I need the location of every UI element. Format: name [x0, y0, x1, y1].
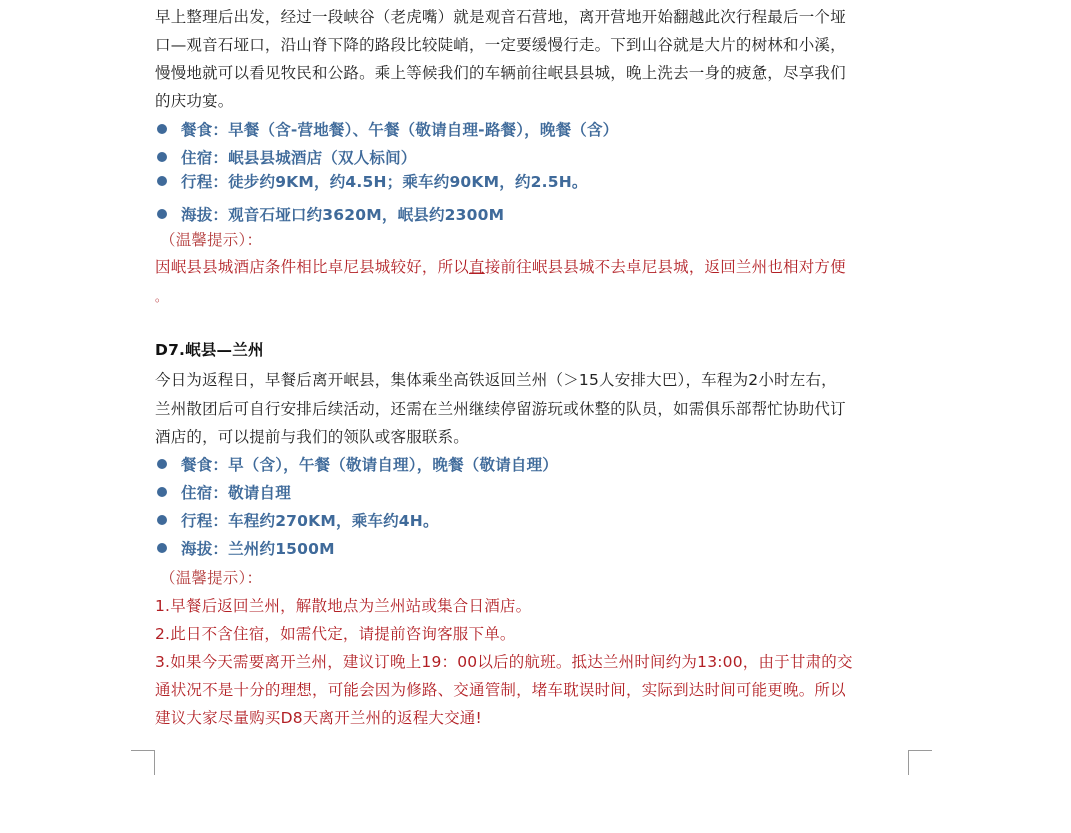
tip-text-part: 因岷县县城酒店条件相比卓尼县城较好，所以	[155, 258, 469, 276]
document-page: 早上整理后出发，经过一段峡谷（老虎嘴）就是观音石营地，离开营地开始翻越此次行程最…	[0, 0, 1071, 833]
day6-bullet-itinerary: 行程：徒步约9KM，约4.5H；乘车约90KM，约2.5H。	[157, 172, 917, 192]
bullet-text: 海拔：观音石垭口约3620M，岷县约2300M	[181, 206, 504, 224]
day6-paragraph-line: 早上整理后出发，经过一段峡谷（老虎嘴）就是观音石营地，离开营地开始翻越此次行程最…	[155, 7, 915, 27]
bullet-text: 行程：车程约270KM，乘车约4H。	[181, 512, 439, 530]
day6-tip-header: （温馨提示）：	[160, 230, 920, 250]
bullet-dot-icon	[157, 543, 167, 553]
day7-title: D7.岷县—兰州	[155, 340, 915, 360]
bullet-text: 餐食：早（含），午餐（敬请自理），晚餐（敬请自理）	[181, 456, 558, 474]
bullet-dot-icon	[157, 459, 167, 469]
day7-paragraph-line: 今日为返程日，早餐后离开岷县，集体乘坐高铁返回兰州（＞15人安排大巴），车程为2…	[155, 370, 915, 390]
day6-paragraph-line: 慢慢地就可以看见牧民和公路。乘上等候我们的车辆前往岷县县城，晚上洗去一身的疲惫，…	[155, 63, 915, 83]
page-corner-mark-left	[131, 750, 155, 775]
day6-bullet-meals: 餐食：早餐（含-营地餐）、午餐（敬请自理-路餐），晚餐（含）	[157, 120, 917, 140]
day7-tip-line: 3.如果今天需要离开兰州，建议订晚上19：00以后的航班。抵达兰州时间约为13:…	[155, 652, 915, 672]
day7-tip-line: 2.此日不含住宿，如需代定，请提前咨询客服下单。	[155, 624, 915, 644]
bullet-dot-icon	[157, 176, 167, 186]
bullet-text: 海拔：兰州约1500M	[181, 540, 335, 558]
day7-tip-line: 建议大家尽量购买D8天离开兰州的返程大交通!	[155, 708, 915, 728]
tip-text-underlined: 直	[469, 258, 485, 276]
bullet-text: 住宿：敬请自理	[181, 484, 291, 502]
day6-paragraph-line: 的庆功宴。	[155, 91, 915, 111]
day7-paragraph-line: 兰州散团后可自行安排后续活动，还需在兰州继续停留游玩或休整的队员，如需俱乐部帮忙…	[155, 399, 915, 419]
day7-bullet-altitude: 海拔：兰州约1500M	[157, 539, 917, 559]
page-corner-mark-right	[908, 750, 932, 775]
day7-bullet-lodging: 住宿：敬请自理	[157, 483, 917, 503]
day6-tip-trailing-period: 。	[155, 287, 915, 307]
day7-tip-line: 通状况不是十分的理想，可能会因为修路、交通管制，堵车耽误时间，实际到达时间可能更…	[155, 680, 915, 700]
day7-tip-line: 1.早餐后返回兰州，解散地点为兰州站或集合日酒店。	[155, 596, 915, 616]
bullet-dot-icon	[157, 124, 167, 134]
day7-tip-header: （温馨提示）：	[160, 568, 920, 588]
bullet-dot-icon	[157, 487, 167, 497]
day6-tip-line: 因岷县县城酒店条件相比卓尼县城较好，所以直接前往岷县县城不去卓尼县城，返回兰州也…	[155, 257, 915, 277]
day7-bullet-itinerary: 行程：车程约270KM，乘车约4H。	[157, 511, 917, 531]
bullet-text: 餐食：早餐（含-营地餐）、午餐（敬请自理-路餐），晚餐（含）	[181, 121, 618, 139]
tip-text-part: 接前往岷县县城不去卓尼县城，返回兰州也相对方便	[485, 258, 846, 276]
day6-bullet-lodging: 住宿：岷县县城酒店（双人标间）	[157, 148, 917, 168]
bullet-dot-icon	[157, 515, 167, 525]
day7-paragraph-line: 酒店的，可以提前与我们的领队或客服联系。	[155, 427, 915, 447]
day7-bullet-meals: 餐食：早（含），午餐（敬请自理），晚餐（敬请自理）	[157, 455, 917, 475]
bullet-dot-icon	[157, 209, 167, 219]
bullet-dot-icon	[157, 152, 167, 162]
bullet-text: 住宿：岷县县城酒店（双人标间）	[181, 149, 417, 167]
day6-bullet-altitude: 海拔：观音石垭口约3620M，岷县约2300M	[157, 205, 917, 225]
day6-paragraph-line: 口—观音石垭口，沿山脊下降的路段比较陡峭，一定要缓慢行走。下到山谷就是大片的树林…	[155, 35, 915, 55]
bullet-text: 行程：徒步约9KM，约4.5H；乘车约90KM，约2.5H。	[181, 173, 588, 191]
